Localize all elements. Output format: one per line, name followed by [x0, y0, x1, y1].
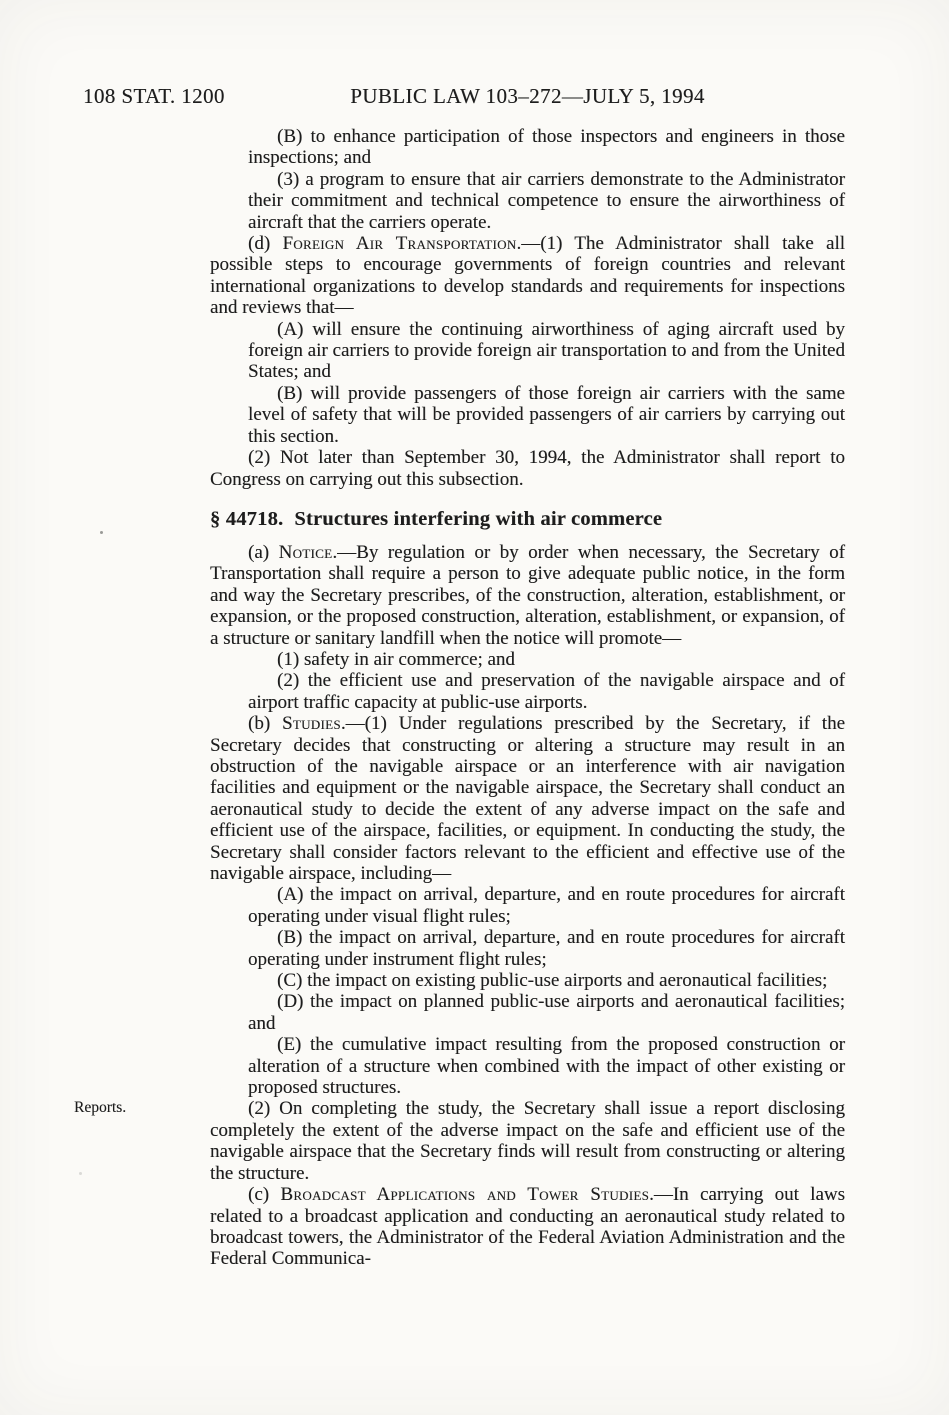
text-run: (B) the impact on arrival, departure, an…	[248, 927, 845, 969]
paragraph: (B) to enhance participation of those in…	[210, 126, 845, 169]
small-caps-text: Notice	[279, 542, 333, 563]
text-run: (B) to enhance participation of those in…	[248, 126, 845, 168]
paragraph: (b) Studies.—(1) Under regulations presc…	[210, 713, 845, 884]
text-run: (E) the cumulative impact resulting from…	[248, 1034, 845, 1098]
paragraph: (1) safety in air commerce; and	[210, 649, 845, 670]
paragraph: (B) will provide passengers of those for…	[210, 383, 845, 447]
text-run: (3) a program to ensure that air carrier…	[248, 169, 845, 233]
section-title: Structures interfering with air commerce	[294, 508, 662, 530]
paragraph: (A) the impact on arrival, departure, an…	[210, 884, 845, 927]
text-run: (A) the impact on arrival, departure, an…	[248, 884, 845, 926]
law-title: PUBLIC LAW 103–272—JULY 5, 1994	[210, 84, 845, 109]
document-page: 108 STAT. 1200 PUBLIC LAW 103–272—JULY 5…	[0, 0, 949, 1415]
small-caps-text: Studies	[282, 713, 341, 734]
text-run: (2) the efficient use and preservation o…	[248, 670, 845, 712]
paragraph: Reports.(2) On completing the study, the…	[210, 1098, 845, 1184]
text-run: (b)	[248, 713, 282, 734]
paragraph: (2) the efficient use and preservation o…	[210, 670, 845, 713]
paragraph: (d) Foreign Air Transportation.—(1) The …	[210, 233, 845, 319]
paragraph: (3) a program to ensure that air carrier…	[210, 169, 845, 233]
scan-speck	[100, 531, 103, 534]
section-heading: § 44718.Structures interfering with air …	[210, 508, 845, 531]
text-run: .—(1) Under regulations prescribed by th…	[210, 713, 845, 884]
page-header: 108 STAT. 1200 PUBLIC LAW 103–272—JULY 5…	[0, 84, 949, 110]
small-caps-text: Foreign Air Transportation	[282, 233, 516, 254]
text-run: (a)	[248, 542, 279, 563]
text-run: (2) Not later than September 30, 1994, t…	[210, 447, 845, 489]
text-run: (C) the impact on existing public-use ai…	[277, 970, 827, 991]
text-run: (A) will ensure the continuing airworthi…	[248, 319, 845, 383]
text-run: (1) safety in air commerce; and	[277, 649, 515, 670]
paragraph: (A) will ensure the continuing airworthi…	[210, 319, 845, 383]
scan-speck	[79, 1172, 82, 1175]
text-run: (c)	[248, 1184, 280, 1205]
paragraph: (a) Notice.—By regulation or by order wh…	[210, 542, 845, 649]
paragraph: (2) Not later than September 30, 1994, t…	[210, 447, 845, 490]
statute-body: (B) to enhance participation of those in…	[210, 126, 845, 1270]
text-run: (2) On completing the study, the Secreta…	[210, 1098, 845, 1183]
text-run: (D) the impact on planned public-use air…	[248, 991, 845, 1033]
paragraph: (B) the impact on arrival, departure, an…	[210, 927, 845, 970]
paragraph: (c) Broadcast Applications and Tower Stu…	[210, 1184, 845, 1270]
paragraph: (E) the cumulative impact resulting from…	[210, 1034, 845, 1098]
paragraph: (C) the impact on existing public-use ai…	[210, 970, 845, 991]
margin-note: Reports.	[74, 1099, 202, 1117]
text-run: (B) will provide passengers of those for…	[248, 383, 845, 447]
text-run: (d)	[248, 233, 282, 254]
paragraph: (D) the impact on planned public-use air…	[210, 991, 845, 1034]
statute-page-number: 108 STAT. 1200	[83, 84, 225, 109]
section-number: § 44718.	[210, 508, 283, 530]
small-caps-text: Broadcast Applications and Tower Studies	[280, 1184, 649, 1205]
